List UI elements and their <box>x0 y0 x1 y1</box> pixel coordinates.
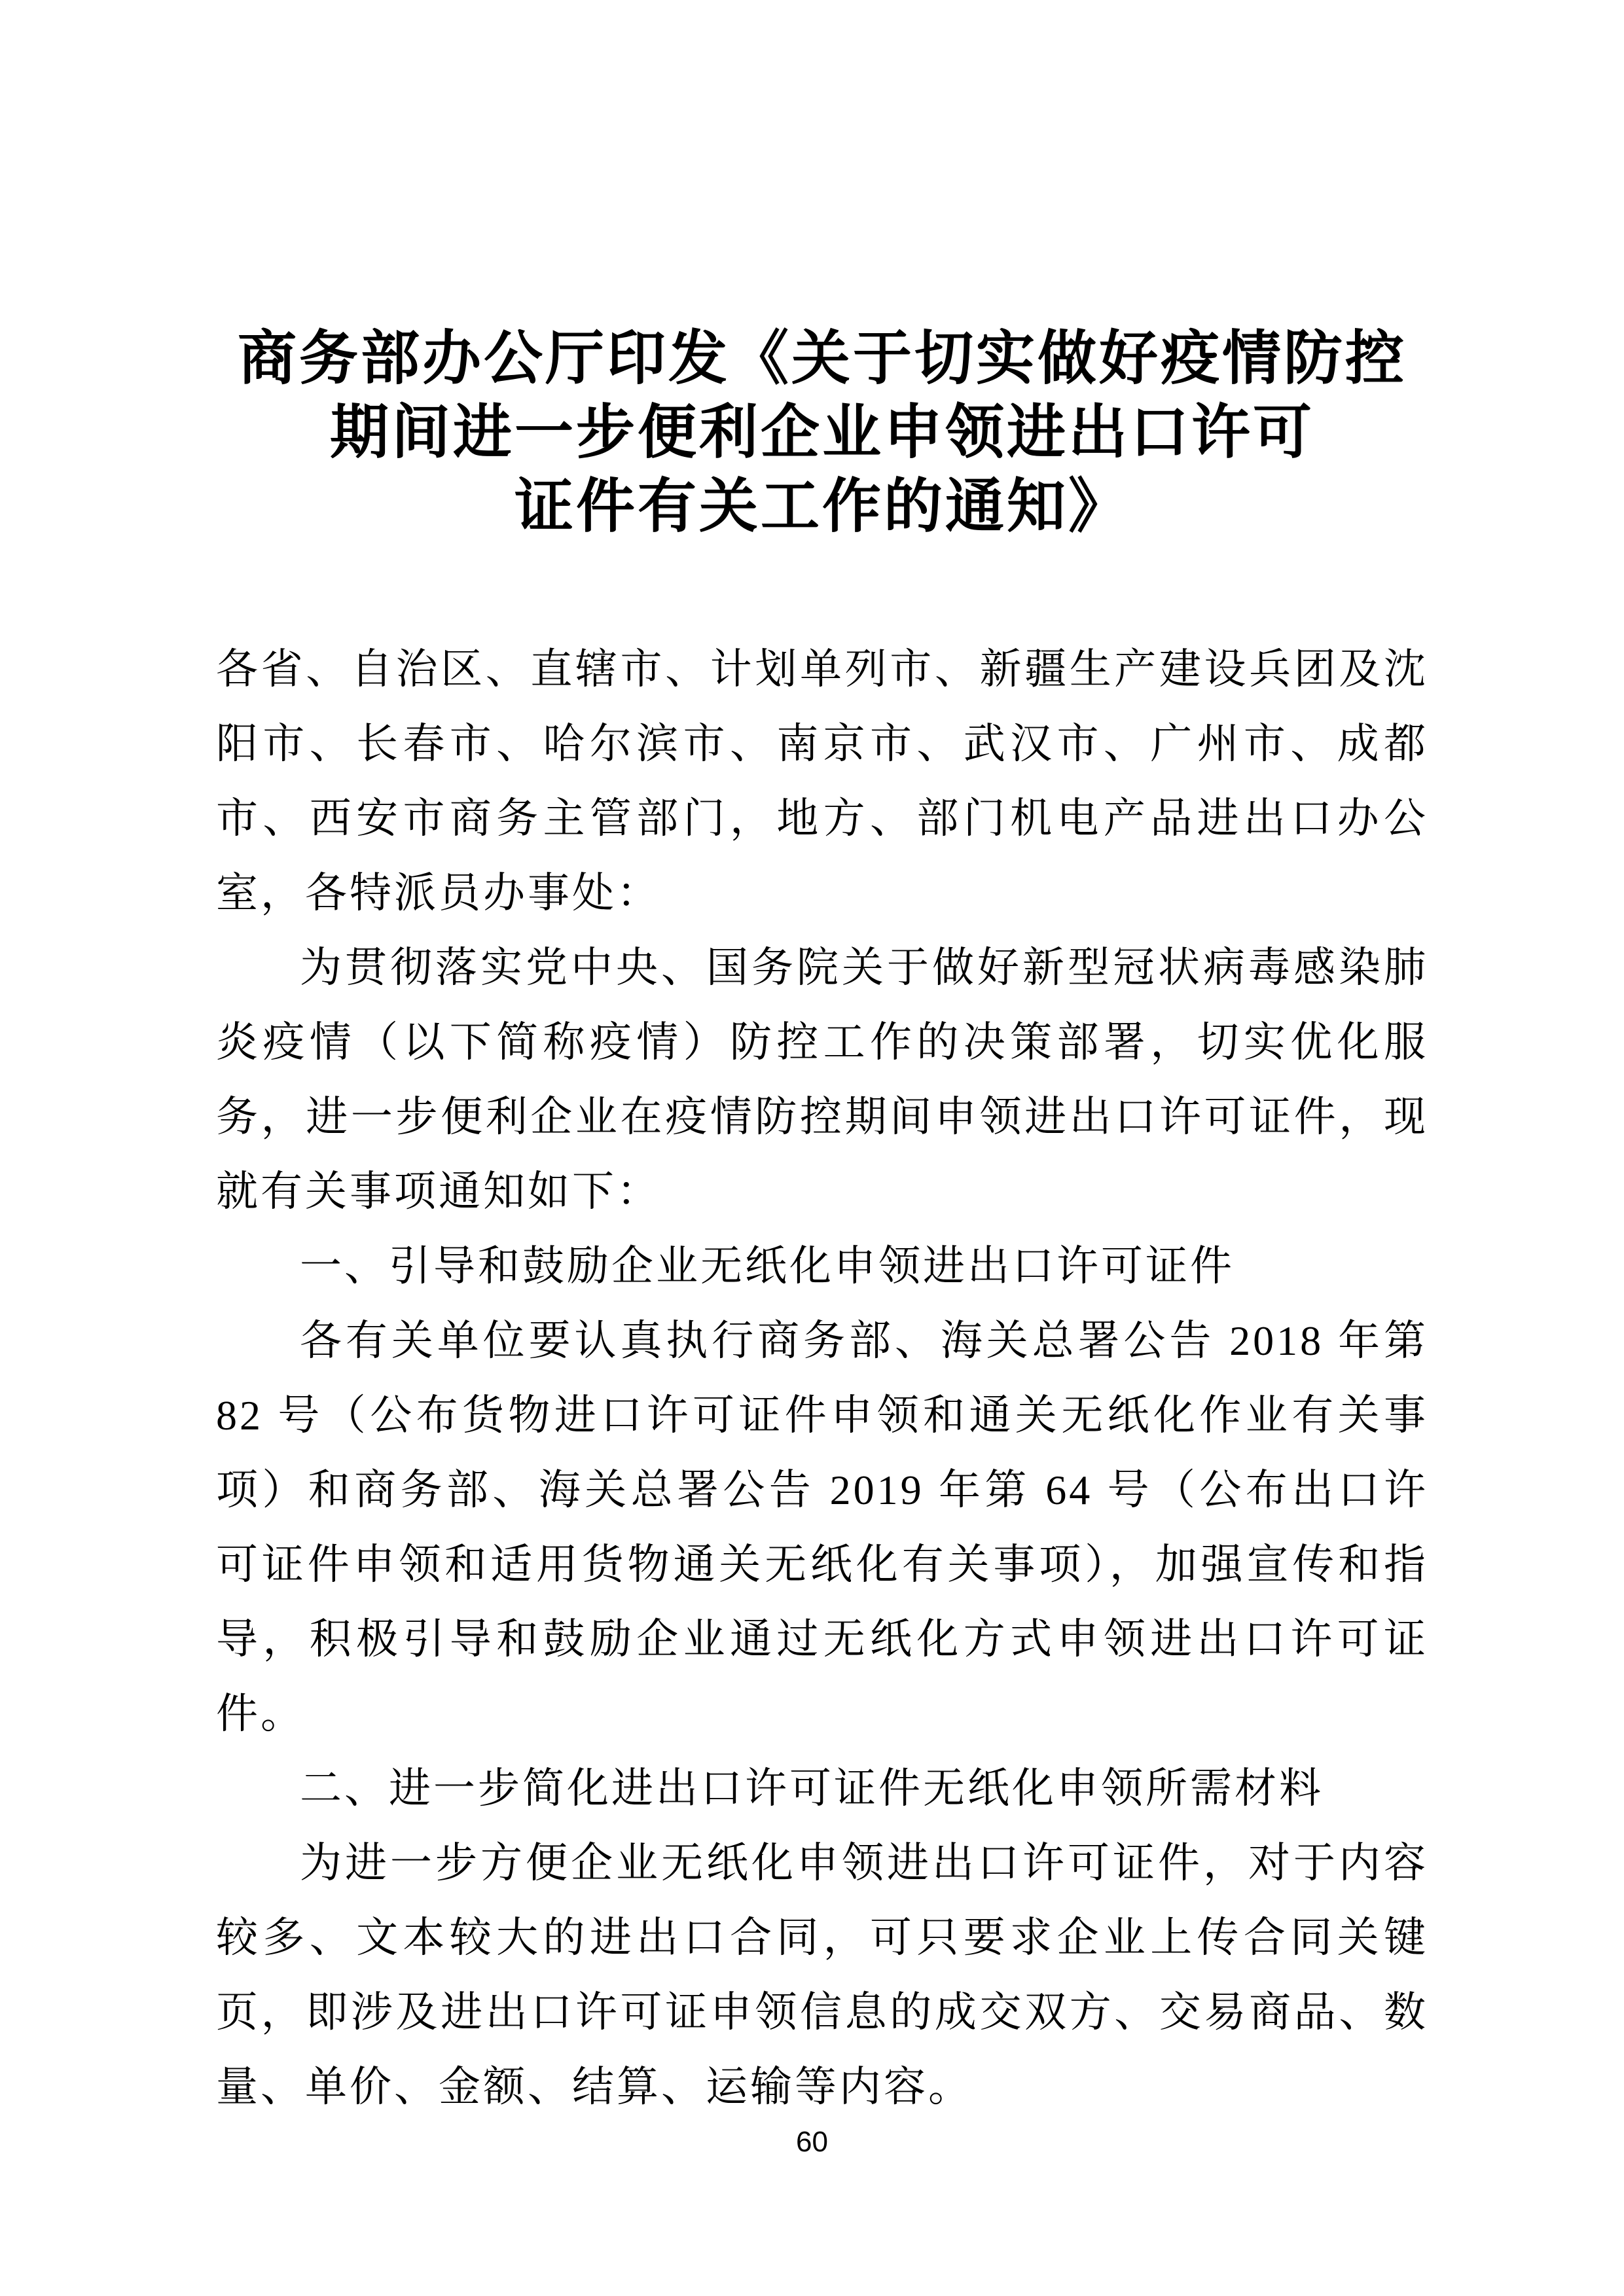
section-2-paragraph: 为进一步方便企业无纸化申领进出口许可证件，对于内容较多、文本较大的进出口合同，可… <box>216 1826 1428 2125</box>
title-line-3: 证件有关工作的通知》 <box>216 470 1428 544</box>
section-1-heading: 一、引导和鼓励企业无纸化申领进出口许可证件 <box>216 1229 1428 1304</box>
addressee-paragraph: 各省、自治区、直辖市、计划单列市、新疆生产建设兵团及沈阳市、长春市、哈尔滨市、南… <box>216 632 1428 931</box>
document-body: 各省、自治区、直辖市、计划单列市、新疆生产建设兵团及沈阳市、长春市、哈尔滨市、南… <box>216 632 1428 2125</box>
intro-paragraph: 为贯彻落实党中央、国务院关于做好新型冠状病毒感染肺炎疫情（以下简称疫情）防控工作… <box>216 931 1428 1229</box>
section-1-paragraph: 各有关单位要认真执行商务部、海关总署公告 2018 年第 82 号（公布货物进口… <box>216 1304 1428 1751</box>
section-2-heading: 二、进一步简化进出口许可证件无纸化申领所需材料 <box>216 1751 1428 1826</box>
page-number: 60 <box>0 2126 1624 2159</box>
document-title: 商务部办公厅印发《关于切实做好疫情防控 期间进一步便利企业申领进出口许可 证件有… <box>216 322 1428 544</box>
document-page: 商务部办公厅印发《关于切实做好疫情防控 期间进一步便利企业申领进出口许可 证件有… <box>0 0 1624 2296</box>
title-line-2: 期间进一步便利企业申领进出口许可 <box>216 396 1428 470</box>
title-line-1: 商务部办公厅印发《关于切实做好疫情防控 <box>216 322 1428 396</box>
